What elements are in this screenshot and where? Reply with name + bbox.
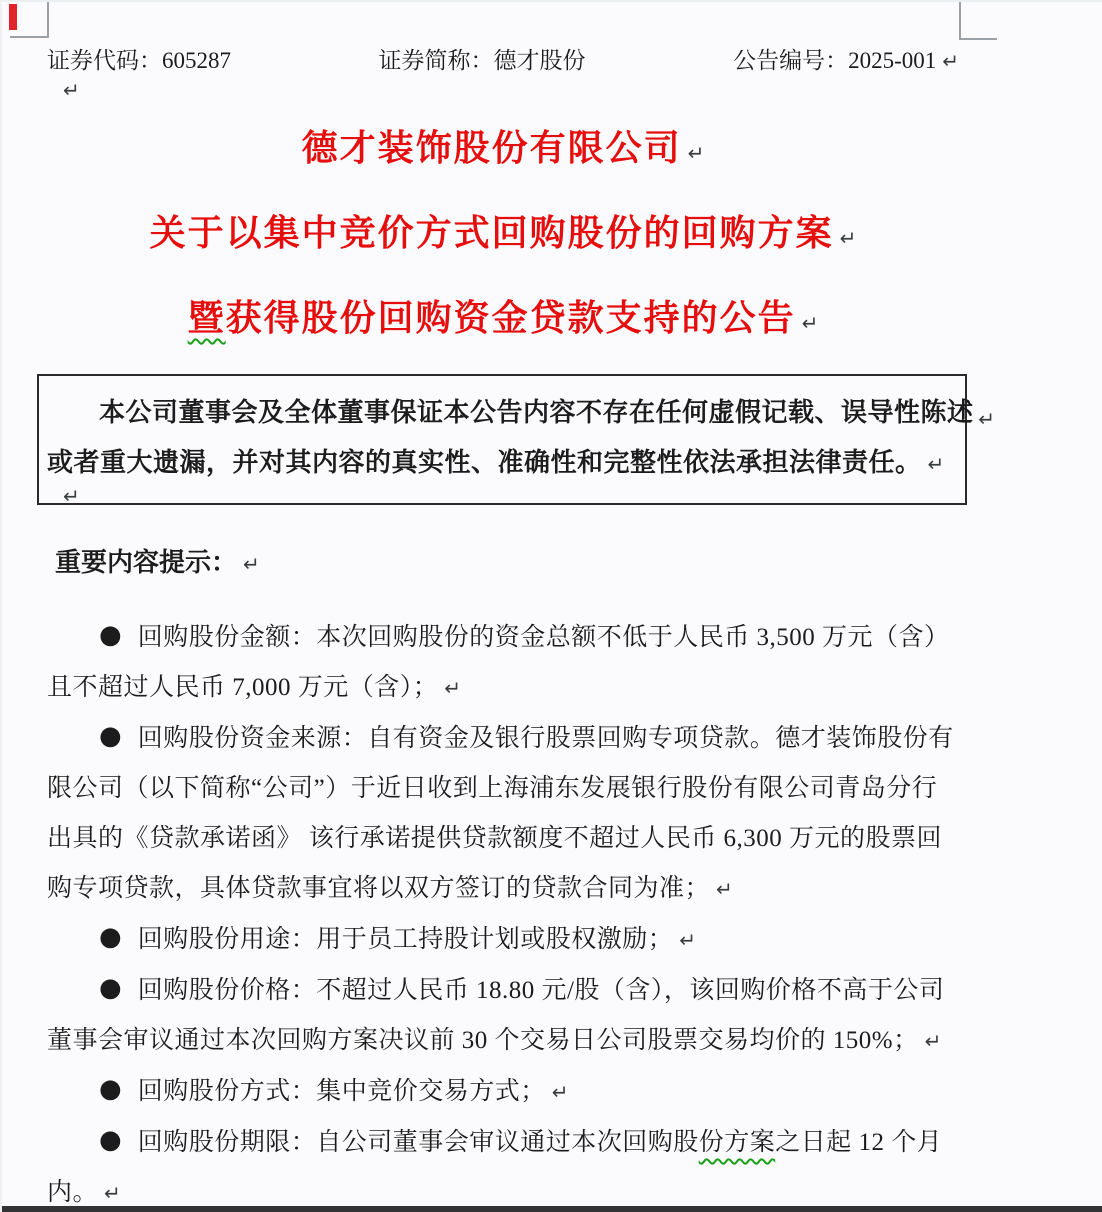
paragraph-mark-icon: ↵ [928,452,945,476]
bullet-list: ●回购股份金额：本次回购股份的资金总额不低于人民币 3,500 万元（含） 且不… [47,612,959,1212]
bullet-repurchase-period: ●回购股份期限：自公司董事会审议通过本次回购股份方案之日起 12 个月 内。↵ [47,1117,959,1212]
company-name-title: 德才装饰股份有限公司↵ [47,124,959,177]
paragraph-mark-icon: ↵ [243,552,260,576]
paragraph-mark-icon: ↵ [978,394,995,444]
bullet-icon: ● [99,1125,122,1155]
declaration-line-2-text: 或者重大遗漏，并对其内容的真实性、准确性和完整性依法承担法律责任。 [47,448,922,477]
bullet-line: 内。↵ [47,1168,959,1212]
announcement-number-label: 公告编号： [733,48,848,73]
bullet-icon: ● [99,922,122,952]
text-boundary-corner-top-right-icon [959,2,997,40]
bullet-text: 回购股份资金来源：自有资金及银行股票回购专项贷款。德才装饰股份有 [138,725,954,752]
paragraph-mark-icon: ↵ [679,928,696,952]
announcement-number-value: 2025-001 [848,48,936,73]
bullet-text: 且不超过人民币 7,000 万元（含）； [47,674,438,701]
announcement-title-line1-text: 关于以集中竞价方式回购股份的回购方案 [150,213,834,253]
stock-code-value: 605287 [162,48,231,73]
stock-short-name: 证券简称：德才股份 [379,42,586,75]
board-declaration-box: 本公司董事会及全体董事保证本公告内容不存在任何虚假记载、误导性陈述 或者重大遗漏… [37,374,967,505]
bullet-line: 且不超过人民币 7,000 万元（含）；↵ [47,663,959,713]
announcement-title-line1: 关于以集中竞价方式回购股份的回购方案↵ [47,209,959,262]
announcement-title-line2: 暨获得股份回购资金贷款支持的公告↵ [47,294,959,347]
text-boundary-corner-top-left-icon [10,2,49,38]
header-line: 证券代码：605287 证券简称：德才股份 公告编号：2025-001↵ [47,42,959,75]
paragraph-mark-icon: ↵ [925,1029,942,1053]
announcement-title-line2-text: 获得股份回购资金贷款支持的公告 [226,298,796,338]
paragraph-mark-icon: ↵ [942,49,959,73]
announcement-number: 公告编号：2025-001↵ [733,42,959,75]
bullet-icon: ● [99,1074,122,1104]
bullet-line: ●回购股份期限：自公司董事会审议通过本次回购股份方案之日起 12 个月 [47,1117,959,1168]
bullet-repurchase-method: ●回购股份方式：集中竞价交易方式；↵ [47,1066,959,1117]
paragraph-mark-icon: ↵ [63,484,80,508]
spellcheck-squiggle-text: 份方案 [699,1129,776,1156]
declaration-line-2: 或者重大遗漏，并对其内容的真实性、准确性和完整性依法承担法律责任。↵ [47,438,955,489]
stock-code-label: 证券代码： [47,48,162,73]
paragraph-mark-icon: ↵ [688,141,705,165]
bullet-text: 之日起 12 个月 [775,1129,942,1156]
bullet-text: 出具的《贷款承诺函》 该行承诺提供贷款额度不超过人民币 6,300 万元的股票回 [47,825,942,852]
paragraph-mark-icon: ↵ [802,311,819,335]
bullet-repurchase-amount: ●回购股份金额：本次回购股份的资金总额不低于人民币 3,500 万元（含） 且不… [47,612,959,713]
bullet-funding-source: ●回购股份资金来源：自有资金及银行股票回购专项贷款。德才装饰股份有 限公司（以下… [47,713,959,914]
important-notice-heading-text: 重要内容提示： [55,547,237,577]
bullet-text: 董事会审议通过本次回购方案决议前 30 个交易日公司股票交易均价的 150%； [47,1027,919,1054]
bullet-text: 回购股份用途：用于员工持股计划或股权激励； [138,926,674,953]
document-page: 证券代码：605287 证券简称：德才股份 公告编号：2025-001↵ ↵ 德… [0,0,1102,1212]
bullet-icon: ● [99,721,122,751]
stock-code: 证券代码：605287 [47,42,231,75]
empty-paragraph: ↵ [57,78,80,102]
stock-short-name-value: 德才股份 [494,48,586,73]
bullet-line: ●回购股份方式：集中竞价交易方式；↵ [47,1066,959,1117]
spellcheck-squiggle-text: 暨 [188,298,226,338]
bullet-line: 董事会审议通过本次回购方案决议前 30 个交易日公司股票交易均价的 150%；↵ [47,1016,959,1066]
bullet-icon: ● [99,973,122,1003]
bullet-text: 购专项贷款，具体贷款事宜将以双方签订的贷款合同为准； [47,875,710,902]
bullet-line: 出具的《贷款承诺函》 该行承诺提供贷款额度不超过人民币 6,300 万元的股票回 [47,814,959,864]
paragraph-mark-icon: ↵ [552,1080,569,1104]
paragraph-mark-icon: ↵ [444,676,461,700]
company-name-text: 德才装饰股份有限公司 [302,128,682,168]
document-content: 证券代码：605287 证券简称：德才股份 公告编号：2025-001↵ ↵ 德… [47,2,959,1212]
bullet-text: 回购股份期限：自公司董事会审议通过本次回购股 [138,1129,699,1156]
bullet-text: 回购股份价格：不超过人民币 18.80 元/股（含），该回购价格不高于公司 [138,977,945,1004]
paragraph-mark-icon: ↵ [840,226,857,250]
bullet-line: ●回购股份用途：用于员工持股计划或股权激励；↵ [47,914,959,965]
bullet-icon: ● [99,620,122,650]
paragraph-mark-icon: ↵ [716,877,733,901]
bullet-line: ●回购股份资金来源：自有资金及银行股票回购专项贷款。德才装饰股份有 [47,713,959,764]
paragraph-mark-icon: ↵ [104,1181,121,1205]
declaration-line-1: 本公司董事会及全体董事保证本公告内容不存在任何虚假记载、误导性陈述 [47,388,955,438]
important-notice-heading: 重要内容提示：↵ [55,542,260,579]
bullet-text: 内。 [47,1179,98,1206]
bullet-text: 回购股份金额：本次回购股份的资金总额不低于人民币 3,500 万元（含） [138,624,950,651]
bullet-repurchase-price: ●回购股份价格：不超过人民币 18.80 元/股（含），该回购价格不高于公司 董… [47,965,959,1066]
paragraph-mark-icon: ↵ [63,78,80,102]
bullet-repurchase-purpose: ●回购股份用途：用于员工持股计划或股权激励；↵ [47,914,959,965]
bullet-line: ●回购股份价格：不超过人民币 18.80 元/股（含），该回购价格不高于公司 [47,965,959,1016]
bullet-text: 回购股份方式：集中竞价交易方式； [138,1078,546,1105]
empty-paragraph: ↵ [57,484,80,508]
bullet-line: 购专项贷款，具体贷款事宜将以双方签订的贷款合同为准；↵ [47,864,959,914]
bullet-line: ●回购股份金额：本次回购股份的资金总额不低于人民币 3,500 万元（含） [47,612,959,663]
bullet-text: 限公司（以下简称“公司”）于近日收到上海浦东发展银行股份有限公司青岛分行 [47,775,937,802]
stock-short-name-label: 证券简称： [379,48,494,73]
bullet-line: 限公司（以下简称“公司”）于近日收到上海浦东发展银行股份有限公司青岛分行 [47,764,959,814]
